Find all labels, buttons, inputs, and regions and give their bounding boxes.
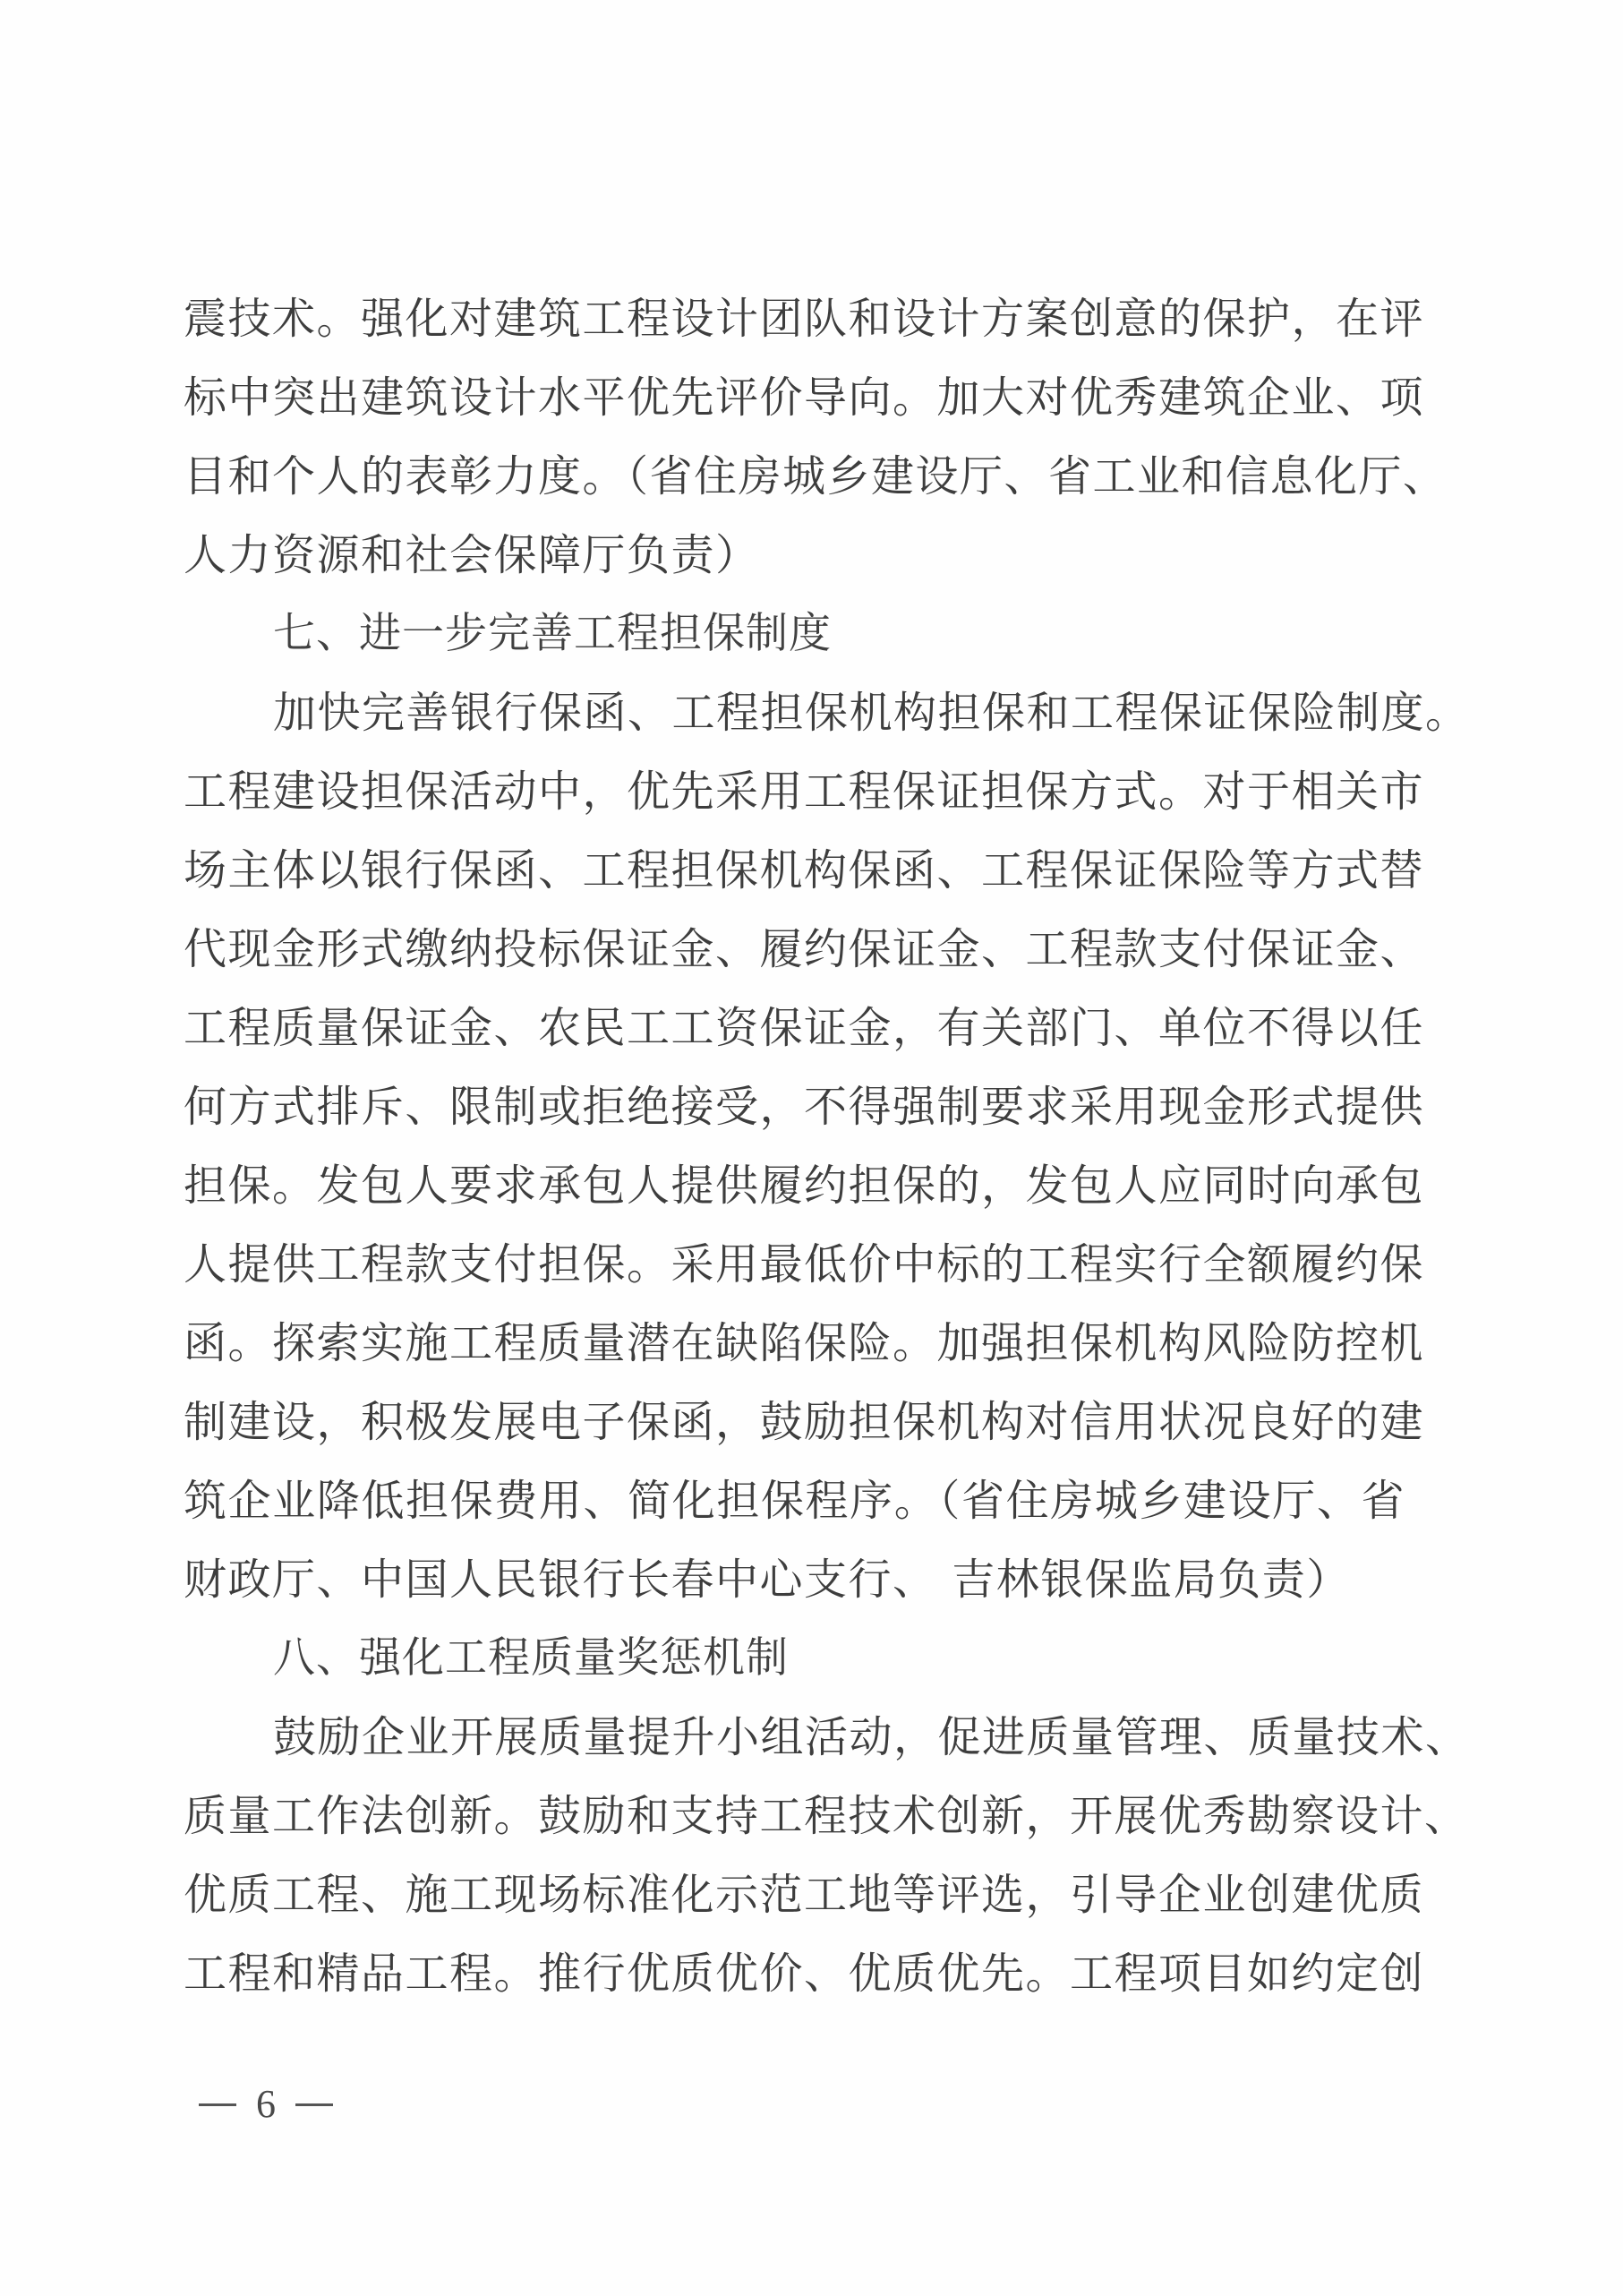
page-number-value: 6 [256, 2079, 276, 2129]
paragraph-line: 函。探索实施工程质量潜在缺陷保险。加强担保机构风险防控机 [184, 1304, 1405, 1383]
dash-right [295, 2103, 333, 2106]
paragraph-line: 代现金形式缴纳投标保证金、履约保证金、工程款支付保证金、 [184, 910, 1405, 989]
paragraph-line: 工程和精品工程。推行优质优价、优质优先。工程项目如约定创 [184, 1934, 1405, 2013]
paragraph-line: 筑企业降低担保费用、简化担保程序。（省住房城乡建设厅、省 [184, 1461, 1405, 1540]
paragraph-line: 加快完善银行保函、工程担保机构担保和工程保证保险制度。 [184, 673, 1405, 752]
dash-left [199, 2103, 236, 2106]
paragraph-line: 优质工程、施工现场标准化示范工地等评选，引导企业创建优质 [184, 1855, 1405, 1934]
paragraph-line: 人力资源和社会保障厅负责） [184, 516, 1405, 595]
paragraph-line: 制建设，积极发展电子保函，鼓励担保机构对信用状况良好的建 [184, 1383, 1405, 1461]
section-heading-7: 七、进一步完善工程担保制度 [184, 595, 1405, 673]
paragraph-line: 工程建设担保活动中，优先采用工程保证担保方式。对于相关市 [184, 752, 1405, 831]
page-number: 6 [199, 2079, 333, 2129]
document-body: 震技术。强化对建筑工程设计团队和设计方案创意的保护，在评 标中突出建筑设计水平优… [184, 279, 1405, 2013]
paragraph-line: 财政厅、中国人民银行长春中心支行、 吉林银保监局负责） [184, 1540, 1405, 1619]
paragraph-line: 震技术。强化对建筑工程设计团队和设计方案创意的保护，在评 [184, 279, 1405, 358]
paragraph-line: 鼓励企业开展质量提升小组活动，促进质量管理、质量技术、 [184, 1698, 1405, 1777]
paragraph-line: 标中突出建筑设计水平优先评价导向。加大对优秀建筑企业、项 [184, 358, 1405, 437]
paragraph-line: 何方式排斥、限制或拒绝接受，不得强制要求采用现金形式提供 [184, 1067, 1405, 1146]
document-page: 震技术。强化对建筑工程设计团队和设计方案创意的保护，在评 标中突出建筑设计水平优… [0, 0, 1623, 2296]
paragraph-line: 工程质量保证金、农民工工资保证金，有关部门、单位不得以任 [184, 989, 1405, 1067]
paragraph-line: 担保。发包人要求承包人提供履约担保的，发包人应同时向承包 [184, 1146, 1405, 1225]
paragraph-line: 质量工作法创新。鼓励和支持工程技术创新，开展优秀勘察设计、 [184, 1777, 1405, 1855]
paragraph-line: 场主体以银行保函、工程担保机构保函、工程保证保险等方式替 [184, 831, 1405, 910]
paragraph-line: 人提供工程款支付担保。采用最低价中标的工程实行全额履约保 [184, 1225, 1405, 1304]
section-heading-8: 八、强化工程质量奖惩机制 [184, 1619, 1405, 1698]
paragraph-line: 目和个人的表彰力度。（省住房城乡建设厅、省工业和信息化厅、 [184, 437, 1405, 516]
